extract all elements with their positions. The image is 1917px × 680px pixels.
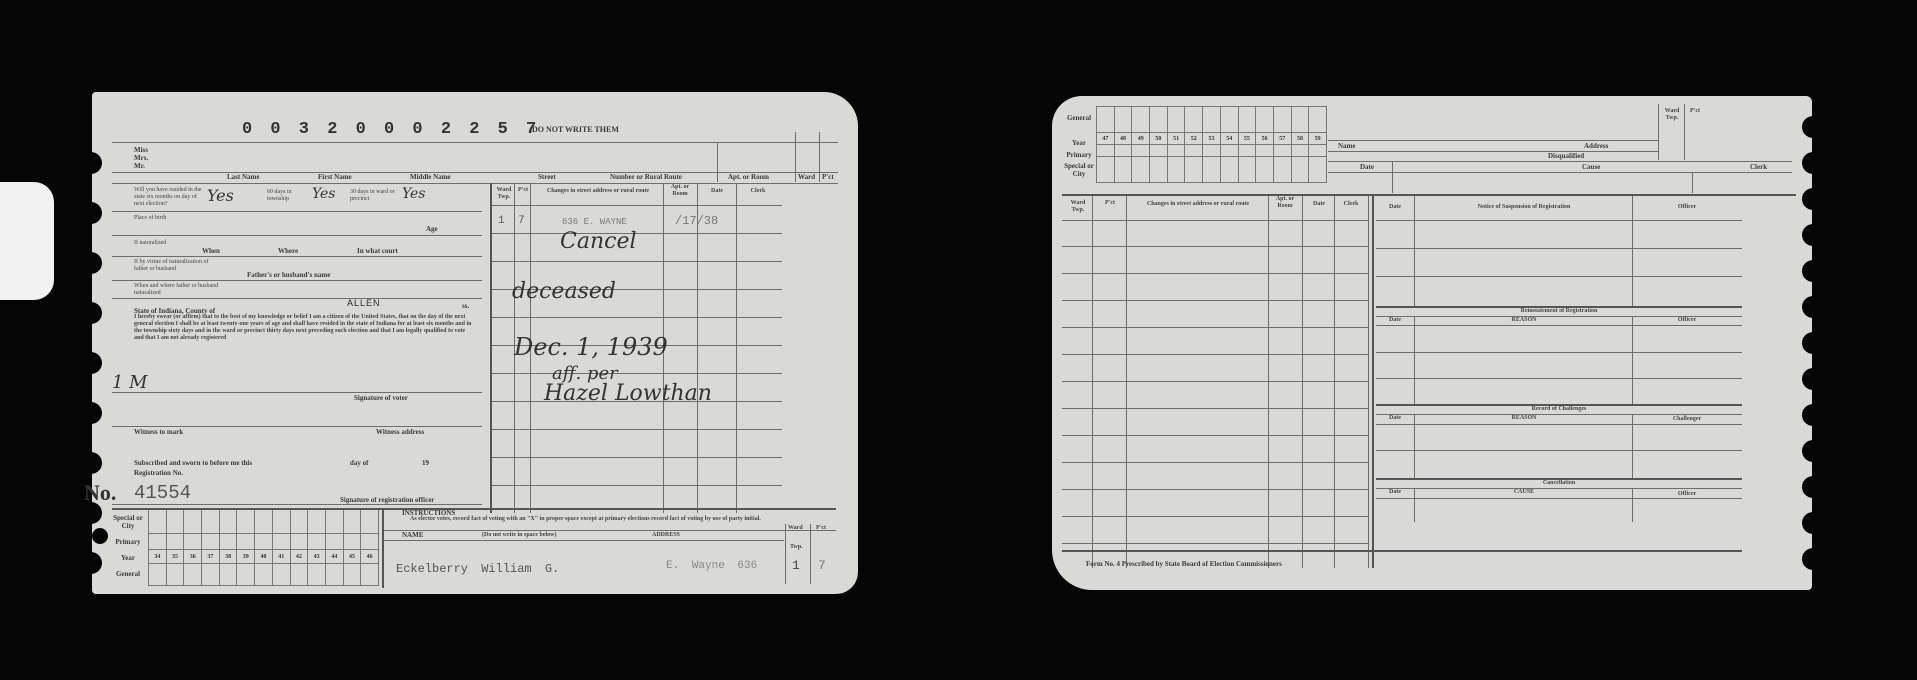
year-cell: 36	[184, 550, 202, 564]
cancellation-cause: CAUSE	[1416, 489, 1632, 496]
oath-text: I hereby swear (or affirm) that to the b…	[134, 314, 474, 342]
voting-grid-front: 34 35 36 37 38 39 40 41 42 43 44 45 46	[148, 510, 379, 586]
voter-ward: 1	[792, 558, 800, 573]
day-of-label: day of	[350, 459, 368, 467]
year-prefix: 19	[422, 459, 429, 467]
year-cell: 45	[344, 550, 362, 564]
punch-hole	[1802, 188, 1824, 210]
reinstatement-officer: Officer	[1634, 317, 1740, 324]
handwritten-signature: Hazel Lowthan	[544, 381, 712, 406]
serial-note: DO NOT WRITE THEM	[532, 126, 619, 134]
suspension-officer: Officer	[1634, 204, 1740, 211]
registration-no-prefix: No.	[84, 480, 116, 506]
year-cell: 44	[326, 550, 344, 564]
label-number: Number or Rural Route	[610, 173, 682, 181]
suspension-date: Date	[1376, 204, 1414, 211]
punch-hole	[1802, 260, 1824, 282]
status-sections: Date Notice of Suspension of Registratio…	[1376, 196, 1792, 568]
label-clerk: Clerk	[1750, 163, 1767, 171]
grid-label-year: Year	[1064, 139, 1094, 147]
registration-card-front: 0 0 3 2 0 0 0 2 2 5 7 DO NOT WRITE THEM …	[92, 92, 858, 594]
col-date: Date	[1304, 201, 1334, 208]
cancellation-officer: Officer	[1634, 491, 1740, 498]
year-cell: 40	[255, 550, 273, 564]
row-pct: 7	[518, 215, 525, 227]
year-cell: 42	[291, 550, 309, 564]
punch-hole	[80, 452, 102, 474]
label-apt: Apt. or Room	[728, 173, 769, 181]
grid-label-general: General	[112, 570, 144, 578]
voting-grid-back: 47 48 49 50 51 52 53 54 55 56 57 58 59	[1096, 106, 1327, 183]
label-street: Street	[538, 173, 556, 181]
label-middle-name: Middle Name	[410, 173, 451, 181]
residence-ward-answer: Yes	[402, 186, 426, 202]
father-name-label: Father's or husband's name	[247, 271, 330, 279]
punch-hole	[1802, 332, 1824, 354]
col-pct: P'ct	[1096, 200, 1124, 207]
handwritten-date: Dec. 1, 1939	[514, 333, 668, 361]
punch-hole	[1802, 368, 1824, 390]
voter-name: Eckelberry William G.	[396, 562, 559, 576]
punch-hole	[1802, 548, 1824, 570]
bottom-do-not-write: (Do not write in space below)	[482, 532, 557, 539]
punch-hole	[1802, 512, 1824, 534]
year-cell: 34	[149, 550, 167, 564]
label-cause: Cause	[1582, 163, 1600, 171]
grid-label-general: General	[1064, 114, 1094, 122]
year-cell: 55	[1239, 133, 1257, 145]
cancellation-title: Cancellation	[1376, 480, 1742, 487]
year-cell: 38	[220, 550, 238, 564]
father-when-where-label: When and where father or husband natural…	[134, 283, 224, 297]
registration-card-back: General Year Primary Special or City 47 …	[1052, 96, 1812, 590]
col-clerk: Clerk	[1336, 201, 1366, 208]
punch-hole	[80, 552, 102, 574]
col-apt: Apt. or Room	[665, 184, 695, 198]
col-changes: Changes in street address or rural route	[534, 188, 662, 195]
age-label: Age	[426, 225, 438, 233]
label-ward: Ward	[798, 173, 815, 181]
year-cell: 37	[202, 550, 220, 564]
year-cell: 47	[1097, 133, 1115, 145]
col-apt: Apt. or Room	[1270, 196, 1300, 210]
honorific-mrs: Mrs.	[134, 154, 148, 162]
year-cell: 51	[1168, 133, 1186, 145]
year-cell: 58	[1292, 133, 1310, 145]
residence-township: 60 days in township	[267, 189, 307, 203]
residence-answer: Yes	[207, 186, 234, 205]
year-cell: 35	[167, 550, 185, 564]
punch-hole	[1802, 152, 1824, 174]
voter-signature-mark: 1 M	[112, 372, 148, 393]
punch-hole	[1802, 296, 1824, 318]
form-footer: Form No. 4 Prescribed by State Board of …	[1086, 560, 1282, 568]
punch-hole	[1802, 476, 1824, 498]
col-ward: Ward Twp.	[1064, 200, 1092, 214]
serial-number: 0 0 3 2 0 0 0 2 2 5 7	[242, 120, 540, 139]
scan-artifact	[0, 182, 54, 300]
bottom-name-label: NAME	[402, 531, 423, 539]
label-ward-twp: Ward Twp.	[1662, 108, 1682, 122]
col-pct: P'ct	[516, 187, 530, 194]
naturalized-where: Where	[278, 247, 298, 255]
label-address: Address	[1584, 142, 1608, 150]
year-cell: 48	[1115, 133, 1133, 145]
punch-hole	[80, 302, 102, 324]
year-cell: 50	[1150, 133, 1168, 145]
row-ward: 1	[498, 215, 505, 227]
row-address: 636 E. WAYNE	[562, 217, 627, 227]
bottom-ward-label: Ward	[788, 525, 803, 532]
col-clerk: Clerk	[738, 188, 778, 195]
year-cell: 53	[1203, 133, 1221, 145]
grid-label-special: Special or City	[1064, 162, 1094, 178]
punch-hole	[1802, 440, 1824, 462]
label-last-name: Last Name	[227, 173, 259, 181]
father-naturalization-label: If by virtue of naturalization of father…	[134, 259, 209, 273]
punch-hole	[80, 152, 102, 174]
registration-no-label: Registration No.	[134, 469, 183, 477]
year-cell: 59	[1309, 133, 1327, 145]
year-cell: 46	[361, 550, 379, 564]
registration-number: 41554	[134, 482, 191, 504]
registration-officer-label: Signature of registration officer	[340, 496, 434, 504]
suspension-title: Notice of Suspension of Registration	[1416, 204, 1632, 211]
year-cell: 54	[1221, 133, 1239, 145]
residence-ward: 30 days in ward or precinct	[350, 189, 400, 203]
challenges-date: Date	[1376, 415, 1414, 422]
signature-of-voter-label: Signature of voter	[354, 394, 408, 402]
label-first-name: First Name	[318, 173, 352, 181]
residence-question: Will you have resided in the state six m…	[134, 187, 204, 208]
bottom-pct-label: P'ct	[816, 525, 826, 532]
punch-hole	[80, 352, 102, 374]
grid-label-primary: Primary	[1064, 151, 1094, 159]
naturalized-when: When	[202, 247, 220, 255]
grid-label-special: Special or City	[112, 514, 144, 530]
witness-label: Witness to mark	[134, 428, 183, 436]
label-date: Date	[1360, 163, 1374, 171]
bottom-address-label: ADDRESS	[652, 532, 680, 539]
punch-hole	[1802, 224, 1824, 246]
label-pct: P'ct	[1690, 108, 1700, 115]
year-cell: 49	[1132, 133, 1150, 145]
reinstatement-reason: REASON	[1416, 317, 1632, 324]
label-name: Name	[1338, 142, 1356, 150]
punch-hole	[80, 202, 102, 224]
year-cell: 41	[273, 550, 291, 564]
punch-hole	[1802, 404, 1824, 426]
witness-address-label: Witness address	[376, 428, 424, 436]
punch-hole-solid	[92, 528, 108, 544]
changes-table: Ward Twp. P'ct Changes in street address…	[492, 183, 836, 513]
oath-ss: ss.	[462, 302, 469, 310]
row-date: /17/38	[675, 214, 718, 228]
punch-hole	[80, 402, 102, 424]
year-cell: 39	[237, 550, 255, 564]
cancellation-date: Date	[1376, 489, 1414, 496]
residence-township-answer: Yes	[312, 186, 336, 202]
honorific-mr: Mr.	[134, 162, 145, 170]
voter-address: E. Wayne 636	[666, 560, 757, 572]
honorific-miss: Miss	[134, 146, 148, 154]
voter-pct: 7	[818, 558, 826, 573]
year-cell: 43	[308, 550, 326, 564]
changes-table-back: Ward Twp. P'ct Changes in street address…	[1062, 196, 1348, 568]
col-date: Date	[699, 188, 735, 195]
challenges-title: Record of Challenges	[1376, 406, 1742, 413]
year-cell: 56	[1256, 133, 1274, 145]
label-disqualified: Disqualified	[1548, 152, 1584, 160]
col-changes: Changes in street address or rural route	[1130, 201, 1266, 208]
naturalized-court: In what court	[357, 247, 398, 255]
punch-hole	[1802, 116, 1824, 138]
place-of-birth-label: Place of birth	[134, 215, 174, 222]
year-cell: 52	[1185, 133, 1203, 145]
handwritten-cancel: Cancel	[560, 229, 637, 254]
grid-label-primary: Primary	[112, 538, 144, 546]
subscribed-text: Subscribed and sworn to before me this	[134, 459, 252, 467]
challenges-reason: REASON	[1416, 415, 1632, 422]
label-pct: P'ct	[822, 173, 834, 181]
reinstatement-title: Reinstatement of Registration	[1376, 308, 1742, 315]
handwritten-deceased: deceased	[512, 279, 616, 304]
instructions-text: As elector votes, record fact of voting …	[410, 516, 770, 523]
reinstatement-date: Date	[1376, 317, 1414, 324]
year-cell: 57	[1274, 133, 1292, 145]
grid-label-year: Year	[112, 554, 144, 562]
naturalized-label: If naturalized	[134, 240, 174, 247]
challenges-challenger: Challenger	[1634, 416, 1740, 423]
punch-hole	[80, 252, 102, 274]
bottom-twp-label: Twp.	[790, 544, 803, 551]
col-ward: Ward Twp.	[494, 187, 514, 201]
oath-county: ALLEN	[347, 298, 381, 308]
